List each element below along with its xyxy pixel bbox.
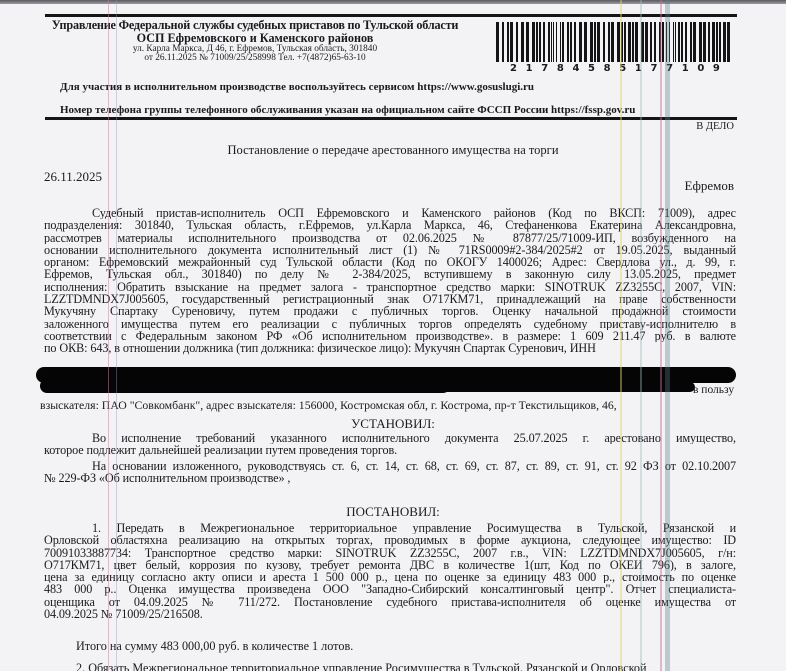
text-line: Орловской областяхна реализацию на откры… [44,534,736,546]
intro-paragraph: Судебный пристав-исполнитель ОСП Ефремов… [44,207,736,355]
barcode-digit: 7 [541,63,548,74]
claimant-line: взыскателя: ПАО "Совкомбанк", адрес взыс… [40,398,617,413]
barcode-digit: 0 [697,63,704,74]
document-date: 26.11.2025 [44,169,102,185]
text-line: органом: Ефремовский межрайонный суд Тул… [44,256,736,268]
barcode-digit: 5 [619,63,626,74]
text-line: 04.09.2025 № 71009/25/216508. [44,608,736,620]
barcode-digit: 4 [572,63,579,74]
text-line: соответствии с Федеральным законом РФ «О… [44,330,736,342]
header-bottom-rule [45,117,737,120]
barcode-digit: 2 [510,63,517,74]
barcode-digit: 1 [526,63,533,74]
text-line: рассмотрев материалы исполнительного про… [44,232,736,244]
text-line: заложенного имущества путем его реализац… [44,318,736,330]
text-line: исполнения: Обратить взыскание на предме… [44,281,736,293]
resolved-heading: ПОСТАНОВИЛ: [0,504,786,520]
text-line: цена за единицу согласно акту описи и ар… [44,571,736,583]
text-line: На основании изложенного, руководствуясь… [44,460,736,472]
issuer-department: ОСП Ефремовского и Каменского районов [45,32,465,45]
text-line: 1. Передать в Межрегиональное территориа… [44,522,736,534]
header-top-rule [45,14,737,17]
established-heading: УСТАНОВИЛ: [0,416,786,432]
text-line: № 229-ФЗ «Об исполнительном производстве… [44,472,736,484]
barcode-digit: 5 [588,63,595,74]
barcode-digit: 1 [635,63,642,74]
scan-top-edge [0,0,786,4]
scanned-document-page: Управление Федеральной службы судебных п… [0,0,786,671]
barcode-digits: 21784585177109 [510,63,720,74]
item-1-paragraph: 1. Передать в Межрегиональное территориа… [44,522,736,620]
barcode-digit: 7 [666,63,673,74]
established-paragraph: Во исполнение требований указанного испо… [44,432,736,457]
text-line: Во исполнение требований указанного испо… [44,432,736,444]
barcode-digit: 1 [682,63,689,74]
text-line: подразделения: 301840, Тульская область,… [44,219,736,231]
item-2-partial: 2. Обязать Межрегиональное территориальн… [76,661,647,671]
text-line: которое подлежит дальнейшей реализации п… [44,444,736,456]
document-title: Постановление о передаче арестованного и… [0,143,786,158]
text-line: основании исполнительного документа испо… [44,244,736,256]
redaction-bar [430,382,695,392]
redaction-trailing-text: в пользу [693,384,734,396]
barcode [496,22,734,62]
text-line: оценщика от 04.09.2025 № 711/272. Постан… [44,596,736,608]
text-line: 483 000 р.. Оценка имущества произведена… [44,583,736,595]
text-line: LZZTDMNDX7J005605, государственный регис… [44,293,736,305]
redaction-bar [40,379,450,393]
barcode-digit: 9 [713,63,720,74]
text-line: по ОКВ: 643, в отношении должника (тип д… [44,342,736,354]
text-line: Мукучяну Спартаку Суреновичу, путем прод… [44,305,736,317]
basis-paragraph: На основании изложенного, руководствуясь… [44,460,736,485]
issuer-org-name: Управление Федеральной службы судебных п… [45,19,465,32]
barcode-digit: 8 [604,63,611,74]
registration-line: от 26.11.2025 № 71009/25/258998 Тел. +7(… [45,54,465,64]
barcode-digit: 7 [650,63,657,74]
document-city: Ефремов [685,178,735,194]
text-line: Ефремов, Тульская обл., 301840) по делу … [44,268,736,280]
issuer-header: Управление Федеральной службы судебных п… [45,19,465,64]
text-line: О717КМ71, цвет белый, коррозия по кузову… [44,559,736,571]
text-line: Судебный пристав-исполнитель ОСП Ефремов… [44,207,736,219]
phone-notice: Номер телефона группы телефонного обслуж… [60,104,635,116]
gosuslugi-notice: Для участия в исполнительном производств… [60,81,534,93]
text-line: 70091033887734: Транспортное средство ма… [44,547,736,559]
barcode-digit: 8 [557,63,564,74]
total-line: Итого на сумму 483 000,00 руб. в количес… [76,639,353,654]
filing-stamp: В ДЕЛО [696,121,734,132]
